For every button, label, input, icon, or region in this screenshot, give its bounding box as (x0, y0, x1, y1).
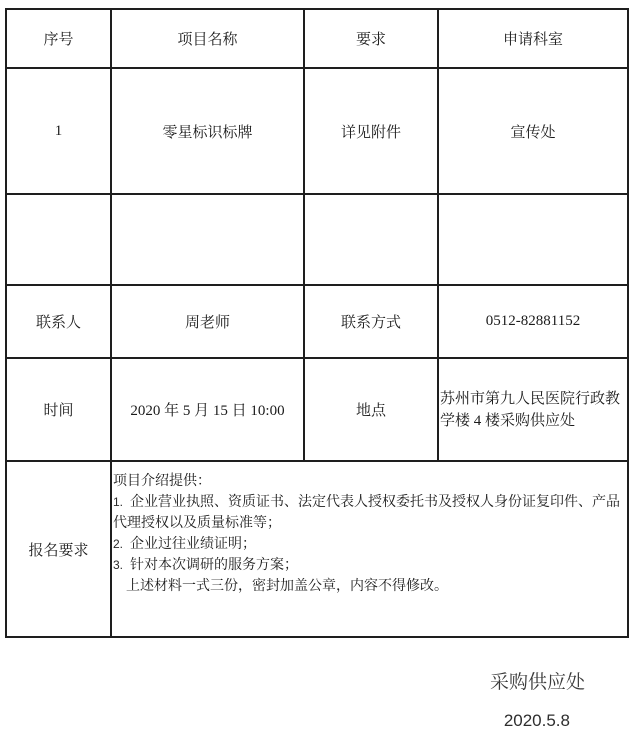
header-cell-no: 序号 (6, 9, 111, 68)
list-item-text: 针对本次调研的服务方案； (130, 558, 298, 573)
item-requirement: 详见附件 (304, 68, 438, 194)
table-row-time: 时间 2020 年 5 月 15 日 10:00 地点 苏州市第九人民医院行政教… (6, 358, 628, 461)
place-value: 苏州市第九人民医院行政教学楼 4 楼采购供应处 (438, 358, 628, 461)
requirements-intro: 项目介绍提供： (113, 471, 623, 492)
signature-department: 采购供应处 (490, 667, 585, 694)
table-header-row: 序号 项目名称 要求 申请科室 (6, 9, 628, 68)
requirements-label: 报名要求 (6, 461, 111, 637)
list-number: 1. (113, 495, 123, 509)
procurement-table: 序号 项目名称 要求 申请科室 1 零星标识标牌 详见附件 宣传处 联系人 周老… (5, 8, 629, 638)
requirements-note: 上述材料一式三份，密封加盖公章，内容不得修改。 (113, 576, 623, 597)
list-number: 2. (113, 537, 123, 551)
table-row-contact: 联系人 周老师 联系方式 0512-82881152 (6, 285, 628, 358)
table-row-empty (6, 194, 628, 285)
contact-label: 联系人 (6, 285, 111, 358)
place-label: 地点 (304, 358, 438, 461)
requirements-item: 1.企业营业执照、资质证书、法定代表人授权委托书及授权人身份证复印件、产品代理授… (113, 492, 623, 534)
contact-person: 周老师 (111, 285, 304, 358)
list-item-text: 企业营业执照、资质证书、法定代表人授权委托书及授权人身份证复印件、产品代理授权以… (113, 495, 620, 531)
item-no: 1 (6, 68, 111, 194)
requirements-content: 项目介绍提供： 1.企业营业执照、资质证书、法定代表人授权委托书及授权人身份证复… (111, 461, 628, 637)
contact-method-label: 联系方式 (304, 285, 438, 358)
empty-cell (111, 194, 304, 285)
table-row-item: 1 零星标识标牌 详见附件 宣传处 (6, 68, 628, 194)
time-label: 时间 (6, 358, 111, 461)
requirements-item: 3.针对本次调研的服务方案； (113, 555, 623, 576)
time-value: 2020 年 5 月 15 日 10:00 (111, 358, 304, 461)
item-name: 零星标识标牌 (111, 68, 304, 194)
contact-phone: 0512-82881152 (438, 285, 628, 358)
table-row-requirements: 报名要求 项目介绍提供： 1.企业营业执照、资质证书、法定代表人授权委托书及授权… (6, 461, 628, 637)
header-cell-requirement: 要求 (304, 9, 438, 68)
list-item-text: 企业过往业绩证明； (130, 537, 256, 552)
empty-cell (438, 194, 628, 285)
list-number: 3. (113, 558, 123, 572)
empty-cell (6, 194, 111, 285)
header-cell-department: 申请科室 (438, 9, 628, 68)
item-department: 宣传处 (438, 68, 628, 194)
requirements-item: 2.企业过往业绩证明； (113, 534, 623, 555)
signature-date: 2020.5.8 (504, 711, 570, 731)
header-cell-project-name: 项目名称 (111, 9, 304, 68)
empty-cell (304, 194, 438, 285)
